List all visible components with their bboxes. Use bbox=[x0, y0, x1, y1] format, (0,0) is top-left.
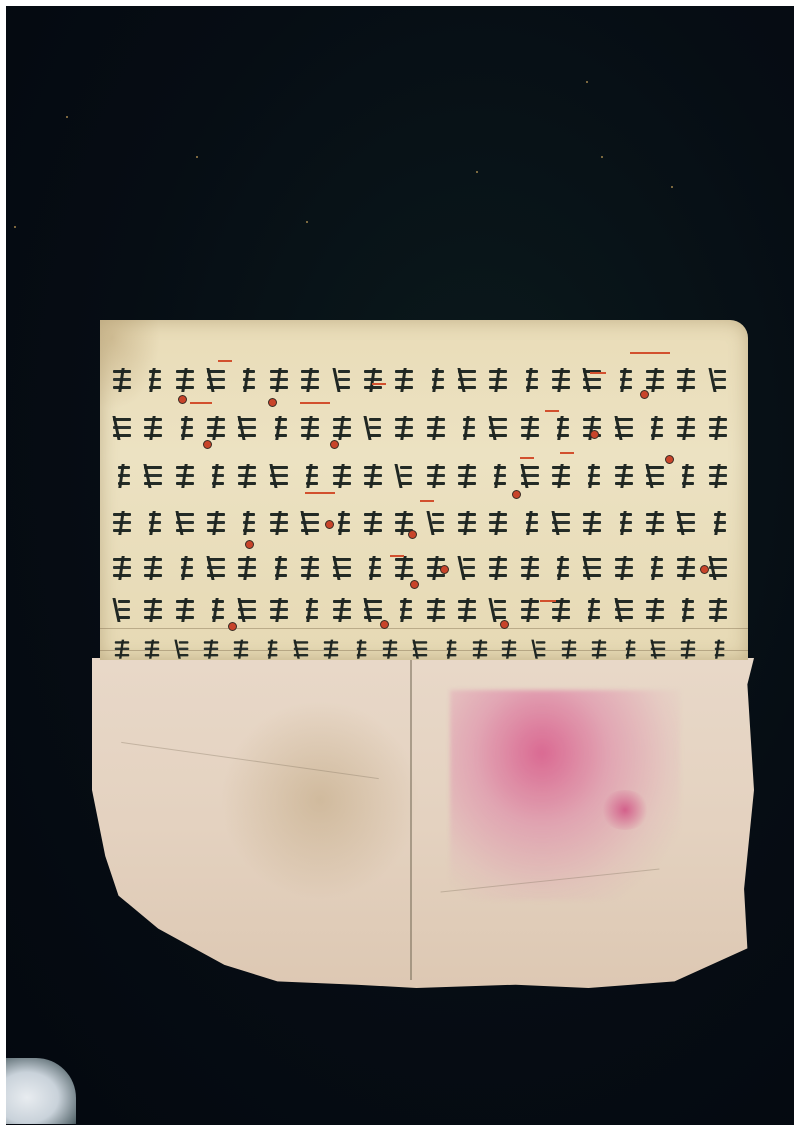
handwritten-character bbox=[643, 596, 667, 624]
text-row bbox=[110, 458, 730, 494]
handwritten-character bbox=[440, 638, 459, 654]
handwritten-character bbox=[612, 554, 636, 582]
handwritten-character bbox=[486, 462, 510, 490]
handwritten-character bbox=[589, 638, 608, 654]
handwritten-character bbox=[141, 509, 165, 537]
handwritten-character bbox=[110, 509, 134, 537]
handwritten-character bbox=[173, 596, 197, 624]
handwritten-character bbox=[173, 554, 197, 582]
handwritten-character bbox=[298, 554, 322, 582]
red-dot-mark bbox=[408, 530, 417, 539]
handwritten-character bbox=[706, 462, 730, 490]
handwritten-character bbox=[298, 509, 322, 537]
handwritten-character bbox=[141, 462, 165, 490]
handwritten-character bbox=[708, 638, 727, 654]
handwritten-character bbox=[173, 509, 197, 537]
handwritten-character bbox=[518, 462, 542, 490]
text-row bbox=[110, 362, 730, 398]
handwritten-character bbox=[110, 414, 134, 442]
handwritten-character bbox=[549, 509, 573, 537]
handwritten-character bbox=[361, 509, 385, 537]
handwritten-character bbox=[580, 596, 604, 624]
handwritten-character bbox=[110, 366, 134, 394]
red-punctuation-mark bbox=[300, 402, 330, 404]
handwritten-character bbox=[392, 366, 416, 394]
handwritten-character bbox=[235, 554, 259, 582]
dust-speck bbox=[671, 186, 673, 188]
handwritten-character bbox=[204, 554, 228, 582]
handwritten-character bbox=[424, 414, 448, 442]
handwritten-character bbox=[549, 414, 573, 442]
dust-speck bbox=[196, 156, 198, 158]
handwritten-character bbox=[173, 414, 197, 442]
handwritten-character bbox=[486, 414, 510, 442]
handwritten-character bbox=[235, 414, 259, 442]
handwritten-character bbox=[530, 638, 549, 654]
text-row bbox=[110, 550, 730, 586]
handwritten-character bbox=[173, 366, 197, 394]
red-punctuation-mark bbox=[420, 500, 434, 502]
handwritten-character bbox=[392, 596, 416, 624]
handwritten-character bbox=[235, 462, 259, 490]
red-dot-mark bbox=[700, 565, 709, 574]
handwritten-character bbox=[112, 638, 131, 654]
handwritten-character bbox=[612, 509, 636, 537]
handwritten-character bbox=[679, 638, 698, 654]
handwritten-character bbox=[486, 509, 510, 537]
pink-ink-stain bbox=[450, 690, 680, 900]
handwritten-character bbox=[267, 509, 291, 537]
handwritten-character bbox=[202, 638, 221, 654]
handwritten-character bbox=[330, 462, 354, 490]
dust-speck bbox=[14, 226, 16, 228]
dust-speck bbox=[476, 171, 478, 173]
handwritten-character bbox=[392, 414, 416, 442]
handwritten-character bbox=[619, 638, 638, 654]
handwritten-character bbox=[706, 366, 730, 394]
handwritten-character bbox=[204, 366, 228, 394]
handwritten-character bbox=[291, 638, 310, 654]
row-ruling-line bbox=[100, 628, 748, 629]
red-dot-mark bbox=[410, 580, 419, 589]
handwritten-character bbox=[518, 596, 542, 624]
red-punctuation-mark bbox=[560, 452, 574, 454]
handwritten-character bbox=[455, 509, 479, 537]
handwritten-character bbox=[142, 638, 161, 654]
handwritten-character bbox=[580, 366, 604, 394]
handwritten-character bbox=[612, 414, 636, 442]
handwritten-character bbox=[580, 554, 604, 582]
handwritten-character bbox=[674, 366, 698, 394]
red-dot-mark bbox=[500, 620, 509, 629]
handwritten-character bbox=[559, 638, 578, 654]
handwritten-character bbox=[204, 414, 228, 442]
red-dot-mark bbox=[245, 540, 254, 549]
red-dot-mark bbox=[178, 395, 187, 404]
handwritten-character bbox=[455, 366, 479, 394]
handwritten-character bbox=[172, 638, 191, 654]
handwritten-character bbox=[706, 596, 730, 624]
red-dot-mark bbox=[512, 490, 521, 499]
handwritten-character bbox=[330, 554, 354, 582]
handwritten-character bbox=[518, 414, 542, 442]
handwritten-character bbox=[235, 596, 259, 624]
red-dot-mark bbox=[440, 565, 449, 574]
handwritten-character bbox=[706, 509, 730, 537]
handwritten-character bbox=[643, 462, 667, 490]
handwritten-character bbox=[330, 414, 354, 442]
red-punctuation-mark bbox=[190, 402, 212, 404]
handwritten-character bbox=[261, 638, 280, 654]
dust-speck bbox=[586, 81, 588, 83]
handwritten-character bbox=[549, 554, 573, 582]
red-punctuation-mark bbox=[540, 600, 556, 602]
handwritten-character bbox=[470, 638, 489, 654]
handwritten-character bbox=[500, 638, 519, 654]
handwritten-character bbox=[267, 554, 291, 582]
handwritten-character bbox=[706, 554, 730, 582]
handwritten-character bbox=[361, 462, 385, 490]
handwritten-character bbox=[141, 414, 165, 442]
handwritten-character bbox=[267, 366, 291, 394]
text-row bbox=[110, 634, 730, 658]
red-punctuation-mark bbox=[218, 360, 232, 362]
page-fold-crease bbox=[410, 660, 412, 980]
handwritten-character bbox=[674, 462, 698, 490]
handwritten-character bbox=[649, 638, 668, 654]
handwritten-character bbox=[330, 596, 354, 624]
red-dot-mark bbox=[268, 398, 277, 407]
handwritten-character bbox=[486, 366, 510, 394]
red-dot-mark bbox=[665, 455, 674, 464]
handwritten-character bbox=[141, 554, 165, 582]
red-dot-mark bbox=[640, 390, 649, 399]
handwritten-character bbox=[424, 462, 448, 490]
handwritten-character bbox=[486, 554, 510, 582]
handwritten-character bbox=[455, 414, 479, 442]
handwritten-character bbox=[518, 554, 542, 582]
handwritten-character bbox=[549, 366, 573, 394]
handwritten-character bbox=[321, 638, 340, 654]
handwritten-character bbox=[361, 554, 385, 582]
handwritten-character bbox=[674, 554, 698, 582]
handwritten-character bbox=[424, 509, 448, 537]
handwritten-character bbox=[518, 366, 542, 394]
handwritten-character bbox=[204, 509, 228, 537]
handwritten-character bbox=[580, 462, 604, 490]
dust-speck bbox=[601, 156, 603, 158]
red-dot-mark bbox=[380, 620, 389, 629]
text-row bbox=[110, 505, 730, 541]
handwritten-character bbox=[141, 596, 165, 624]
handwritten-character bbox=[410, 638, 429, 654]
handwritten-character bbox=[204, 596, 228, 624]
handwritten-character bbox=[235, 509, 259, 537]
handwritten-character bbox=[381, 638, 400, 654]
red-punctuation-mark bbox=[390, 555, 404, 557]
handwritten-character bbox=[392, 462, 416, 490]
red-punctuation-mark bbox=[590, 372, 606, 374]
red-punctuation-mark bbox=[305, 492, 335, 494]
handwritten-character bbox=[643, 554, 667, 582]
handwritten-character bbox=[298, 366, 322, 394]
handwritten-character bbox=[549, 462, 573, 490]
handwritten-character bbox=[267, 596, 291, 624]
red-punctuation-mark bbox=[372, 383, 386, 385]
handwritten-character bbox=[361, 414, 385, 442]
handwritten-character bbox=[351, 638, 370, 654]
handwritten-character bbox=[674, 414, 698, 442]
handwritten-character bbox=[643, 509, 667, 537]
handwritten-character bbox=[298, 462, 322, 490]
red-dot-mark bbox=[590, 430, 599, 439]
handwritten-character bbox=[455, 462, 479, 490]
red-dot-mark bbox=[330, 440, 339, 449]
handwritten-character bbox=[235, 366, 259, 394]
handwritten-character bbox=[706, 414, 730, 442]
handwritten-character bbox=[173, 462, 197, 490]
dust-speck bbox=[306, 221, 308, 223]
handwritten-character bbox=[110, 596, 134, 624]
handwritten-character bbox=[674, 596, 698, 624]
red-punctuation-mark bbox=[630, 352, 670, 354]
red-punctuation-mark bbox=[520, 457, 534, 459]
text-row bbox=[110, 592, 730, 628]
handwritten-character bbox=[267, 462, 291, 490]
red-dot-mark bbox=[325, 520, 334, 529]
handwritten-character bbox=[674, 509, 698, 537]
handwritten-character bbox=[643, 414, 667, 442]
handwritten-character bbox=[110, 462, 134, 490]
handwritten-character bbox=[361, 366, 385, 394]
handwritten-character bbox=[330, 366, 354, 394]
pink-ink-stain-spot bbox=[600, 790, 650, 830]
handwritten-character bbox=[267, 414, 291, 442]
handwritten-character bbox=[424, 596, 448, 624]
handwritten-character bbox=[110, 554, 134, 582]
dust-speck bbox=[66, 116, 68, 118]
red-dot-mark bbox=[228, 622, 237, 631]
handwritten-character bbox=[580, 509, 604, 537]
handwritten-character bbox=[298, 596, 322, 624]
handwritten-character bbox=[612, 596, 636, 624]
water-stain bbox=[220, 700, 420, 900]
handwritten-character bbox=[518, 509, 542, 537]
handwritten-character bbox=[612, 462, 636, 490]
handwritten-character bbox=[141, 366, 165, 394]
handwritten-character bbox=[232, 638, 251, 654]
handwritten-character bbox=[612, 366, 636, 394]
handwritten-character bbox=[455, 554, 479, 582]
handwritten-character bbox=[455, 596, 479, 624]
handwritten-character bbox=[392, 554, 416, 582]
red-dot-mark bbox=[203, 440, 212, 449]
handwritten-character bbox=[424, 366, 448, 394]
handwritten-character bbox=[204, 462, 228, 490]
text-row bbox=[110, 410, 730, 446]
handwritten-character bbox=[298, 414, 322, 442]
red-punctuation-mark bbox=[545, 410, 559, 412]
